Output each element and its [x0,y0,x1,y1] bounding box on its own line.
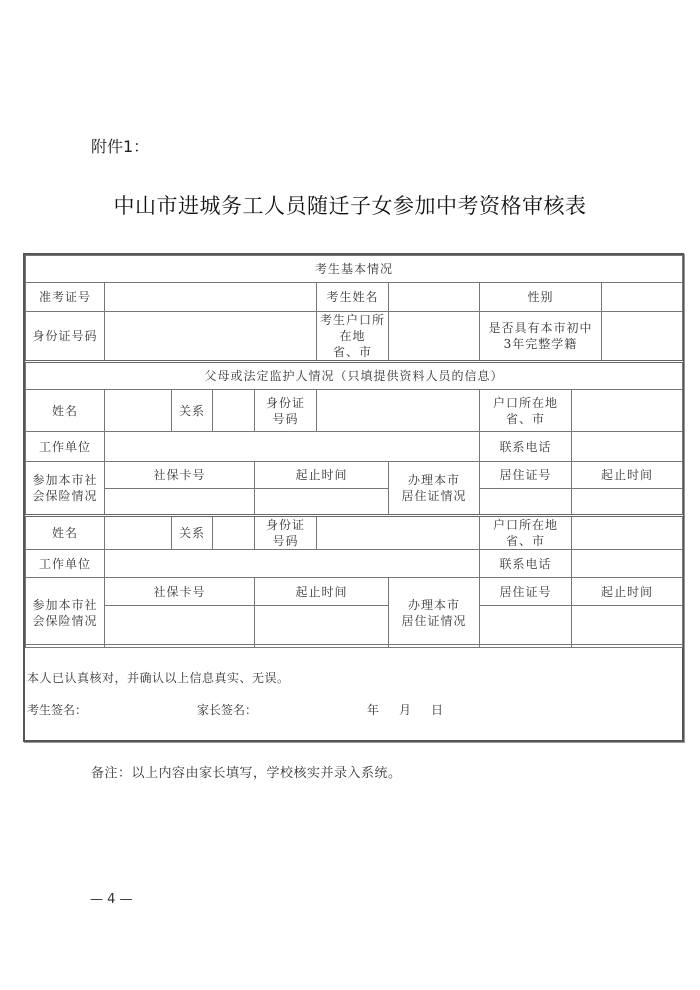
guardian1-id-label-line1: 身份证 [255,395,316,411]
guardian1-phone-field[interactable] [572,432,683,462]
year-label: 年 [367,701,379,718]
guardian1-insurance-period-label: 起止时间 [255,462,389,489]
guardian2-residence-label: 办理本市 居住证情况 [389,578,480,648]
student-hukou-label: 考生户口所在地 省、市 [317,312,389,362]
confirmation-block: 本人已认真核对，并确认以上信息真实、无误。 考生签名： 家长签名： 年 月 日 [25,644,682,740]
guardian1-employer-field[interactable] [105,432,480,462]
guardian1-residence-label: 办理本市 居住证情况 [389,462,480,516]
day-label: 日 [431,701,443,718]
guardian1-hukou-field[interactable] [572,390,683,432]
gender-field[interactable] [602,283,683,312]
guardian2-insurance-card-label: 社保卡号 [105,578,255,606]
page-number: — 4 — [90,892,133,907]
guardian2-hukou-label: 户口所在地 省、市 [480,516,572,550]
guardian2-relation-field[interactable] [213,516,255,550]
guardian2-insurance-label: 参加本市社 会保险情况 [26,578,105,648]
guardian1-residence-no-label: 居住证号 [480,462,572,489]
footnote: 备注：以上内容由家长填写，学校核实并录入系统。 [91,762,402,781]
guardian-section-heading: 父母或法定监护人情况（只填提供资料人员的信息） [26,362,683,390]
guardian2-id-label: 身份证 号码 [255,516,317,550]
month-label: 月 [399,701,411,718]
school-record-field[interactable] [602,312,683,362]
guardian1-residence-period-field[interactable] [572,489,683,516]
guardian1-hukou-label: 户口所在地 省、市 [480,390,572,432]
guardian1-residence-period-label: 起止时间 [572,462,683,489]
id-no-field[interactable] [105,312,317,362]
guardian2-id-label-line2: 号码 [255,533,316,549]
parent-signature-label: 家长签名： [197,701,257,718]
guardian1-hukou-label-line1: 户口所在地 [480,395,571,411]
guardian2-residence-period-field[interactable] [572,606,683,648]
guardian1-id-label-line2: 号码 [255,411,316,427]
guardian1-phone-label: 联系电话 [480,432,572,462]
guardian2-id-field[interactable] [317,516,480,550]
guardian2-id-label-line1: 身份证 [255,517,316,533]
form-table: 考生基本情况 准考证号 考生姓名 性别 身份证号码 考生户口所在地 省、市 是否… [25,255,683,648]
attachment-label: 附件1： [91,134,149,157]
guardian1-id-field[interactable] [317,390,480,432]
guardian1-residence-label-line2: 居住证情况 [389,488,479,504]
guardian1-insurance-card-label: 社保卡号 [105,462,255,489]
guardian2-insurance-label-line1: 参加本市社 [26,597,104,613]
student-section-heading: 考生基本情况 [26,256,683,283]
guardian2-residence-period-label: 起止时间 [572,578,683,606]
form-title: 中山市进城务工人员随迁子女参加中考资格审核表 [0,190,700,220]
guardian1-name-label: 姓名 [26,390,105,432]
student-hukou-label-line1: 考生户口所在地 [317,312,388,344]
id-no-label: 身份证号码 [26,312,105,362]
school-record-label: 是否具有本市初中 3年完整学籍 [480,312,602,362]
student-signature-label: 考生签名： [27,701,87,718]
qualification-review-form: 考生基本情况 准考证号 考生姓名 性别 身份证号码 考生户口所在地 省、市 是否… [23,253,684,742]
guardian2-hukou-label-line1: 户口所在地 [480,517,571,533]
guardian2-phone-label: 联系电话 [480,550,572,578]
exam-no-field[interactable] [105,283,317,312]
gender-label: 性别 [480,283,602,312]
guardian1-insurance-label-line2: 会保险情况 [26,488,104,504]
student-name-field[interactable] [389,283,480,312]
guardian2-relation-label: 关系 [172,516,213,550]
guardian1-insurance-label-line1: 参加本市社 [26,472,104,488]
guardian1-insurance-label: 参加本市社 会保险情况 [26,462,105,516]
guardian1-employer-label: 工作单位 [26,432,105,462]
student-hukou-label-line2: 省、市 [317,344,388,360]
guardian2-insurance-label-line2: 会保险情况 [26,613,104,629]
guardian2-residence-label-line2: 居住证情况 [389,613,479,629]
guardian1-name-field[interactable] [105,390,172,432]
guardian2-insurance-period-label: 起止时间 [255,578,389,606]
school-record-label-line2: 3年完整学籍 [480,336,601,352]
guardian1-id-label: 身份证 号码 [255,390,317,432]
school-record-label-line1: 是否具有本市初中 [480,320,601,336]
student-hukou-field[interactable] [389,312,480,362]
guardian2-name-label: 姓名 [26,516,105,550]
guardian2-insurance-period-field[interactable] [255,606,389,648]
guardian1-relation-label: 关系 [172,390,213,432]
guardian2-hukou-label-line2: 省、市 [480,533,571,549]
guardian1-hukou-label-line2: 省、市 [480,411,571,427]
guardian2-hukou-field[interactable] [572,516,683,550]
guardian1-insurance-period-field[interactable] [255,489,389,516]
guardian2-name-field[interactable] [105,516,172,550]
exam-no-label: 准考证号 [26,283,105,312]
guardian1-residence-label-line1: 办理本市 [389,472,479,488]
guardian1-residence-no-field[interactable] [480,489,572,516]
guardian2-employer-label: 工作单位 [26,550,105,578]
guardian1-insurance-card-field[interactable] [105,489,255,516]
student-name-label: 考生姓名 [317,283,389,312]
guardian2-employer-field[interactable] [105,550,480,578]
guardian2-residence-label-line1: 办理本市 [389,597,479,613]
guardian2-phone-field[interactable] [572,550,683,578]
guardian2-residence-no-label: 居住证号 [480,578,572,606]
guardian2-insurance-card-field[interactable] [105,606,255,648]
confirmation-statement: 本人已认真核对，并确认以上信息真实、无误。 [27,669,290,686]
guardian1-relation-field[interactable] [213,390,255,432]
guardian2-residence-no-field[interactable] [480,606,572,648]
